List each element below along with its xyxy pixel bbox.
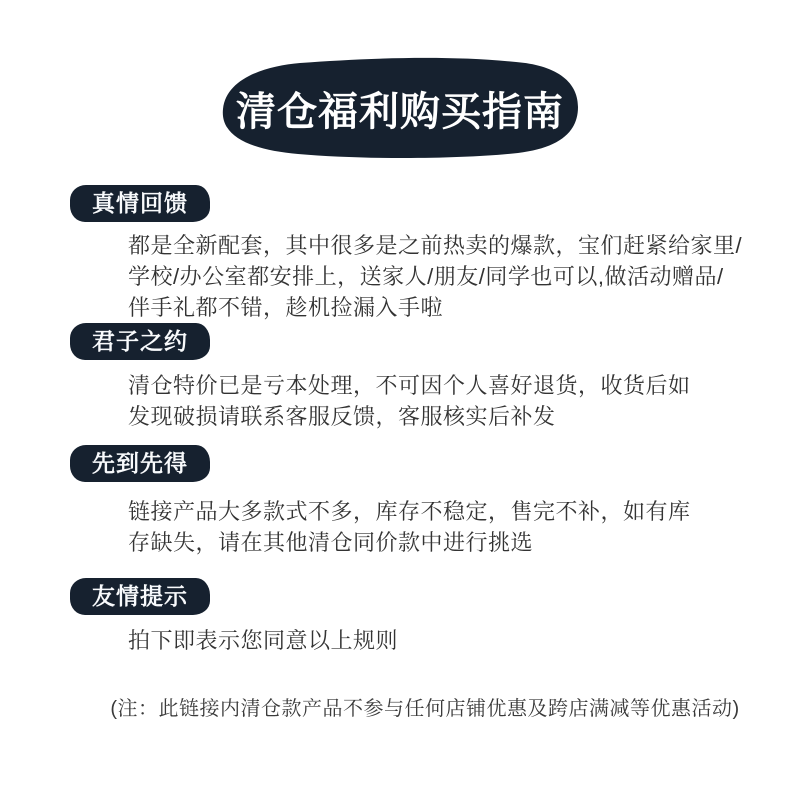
footer-note: (注：此链接内清仓款产品不参与任何店铺优惠及跨店满减等优惠活动) [70,696,780,722]
section-body-text: 都是全新配套，其中很多是之前热卖的爆款，宝们赶紧给家里/ 学校/办公室都安排上，… [128,230,780,323]
section-body-text: 链接产品大多款式不多，库存不稳定，售完不补，如有库 存缺失，请在其他清仓同价款中… [128,496,780,558]
section-gentlemans-agreement: 君子之约 清仓特价已是亏本处理，不可因个人喜好退货，收货后如 发现破损请联系客服… [70,323,780,432]
section-label-badge: 先到先得 [70,445,210,482]
title-banner: 清仓福利购买指南 [216,55,584,161]
section-body-text: 拍下即表示您同意以上规则 [128,625,780,656]
section-body-text: 清仓特价已是亏本处理，不可因个人喜好退货，收货后如 发现破损请联系客服反馈，客服… [128,370,780,432]
page-title: 清仓福利购买指南 [216,55,584,161]
section-first-come-first-served: 先到先得 链接产品大多款式不多，库存不稳定，售完不补，如有库 存缺失，请在其他清… [70,445,780,558]
guide-content: 真情回馈 都是全新配套，其中很多是之前热卖的爆款，宝们赶紧给家里/ 学校/办公室… [0,185,800,722]
section-sincere-feedback: 真情回馈 都是全新配套，其中很多是之前热卖的爆款，宝们赶紧给家里/ 学校/办公室… [70,185,780,323]
section-label-badge: 君子之约 [70,323,210,360]
section-label-badge: 真情回馈 [70,185,210,222]
section-friendly-reminder: 友情提示 拍下即表示您同意以上规则 [70,578,780,656]
section-label-badge: 友情提示 [70,578,210,615]
clearance-guide-page: 清仓福利购买指南 真情回馈 都是全新配套，其中很多是之前热卖的爆款，宝们赶紧给家… [0,0,800,800]
